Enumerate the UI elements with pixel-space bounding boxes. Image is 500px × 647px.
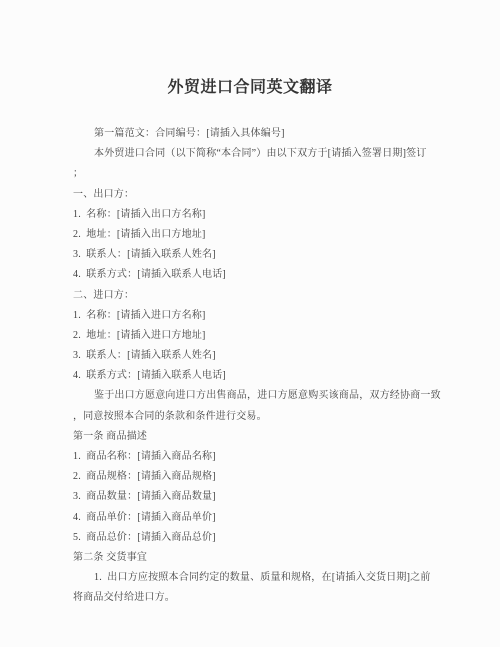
text-line: 4. 联系方式：[请插入联系人电话]: [73, 265, 437, 285]
text-line: 第二条 交货事宜: [73, 548, 437, 568]
text-line: 1. 商品名称：[请插入商品名称]: [73, 447, 437, 467]
text-line: 3. 联系人：[请插入联系人姓名]: [73, 346, 437, 366]
document-page: 外贸进口合同英文翻译 第一篇范文：合同编号：[请插入具体编号]本外贸进口合同（以…: [0, 0, 500, 647]
text-line: 鉴于出口方愿意向进口方出售商品，进口方愿意购买该商品，双方经协商一致: [73, 386, 437, 406]
text-line: 本外贸进口合同（以下简称“本合同”）由以下双方于[请插入签署日期]签订: [73, 144, 437, 164]
document-title: 外贸进口合同英文翻译: [0, 0, 500, 98]
document-body: 第一篇范文：合同编号：[请插入具体编号]本外贸进口合同（以下简称“本合同”）由以…: [73, 124, 437, 609]
text-line: 2. 商品规格：[请插入商品规格]: [73, 467, 437, 487]
text-line: ；: [73, 164, 437, 184]
text-line: ，同意按照本合同的条款和条件进行交易。: [73, 407, 437, 427]
text-line: 将商品交付给进口方。: [73, 588, 437, 608]
text-line: 一、出口方：: [73, 185, 437, 205]
text-line: 3. 联系人：[请插入联系人姓名]: [73, 245, 437, 265]
text-line: 第一条 商品描述: [73, 427, 437, 447]
text-line: 4. 联系方式：[请插入联系人电话]: [73, 366, 437, 386]
text-line: 二、进口方：: [73, 286, 437, 306]
text-line: 5. 商品总价：[请插入商品总价]: [73, 528, 437, 548]
text-line: 4. 商品单价：[请插入商品单价]: [73, 508, 437, 528]
text-line: 1. 名称：[请插入出口方名称]: [73, 205, 437, 225]
text-line: 1. 名称：[请插入进口方名称]: [73, 306, 437, 326]
text-line: 2. 地址：[请插入进口方地址]: [73, 326, 437, 346]
text-line: 2. 地址：[请插入出口方地址]: [73, 225, 437, 245]
text-line: 3. 商品数量：[请插入商品数量]: [73, 487, 437, 507]
text-line: 1. 出口方应按照本合同约定的数量、质量和规格，在[请插入交货日期]之前: [73, 568, 437, 588]
text-line: 第一篇范文：合同编号：[请插入具体编号]: [73, 124, 437, 144]
